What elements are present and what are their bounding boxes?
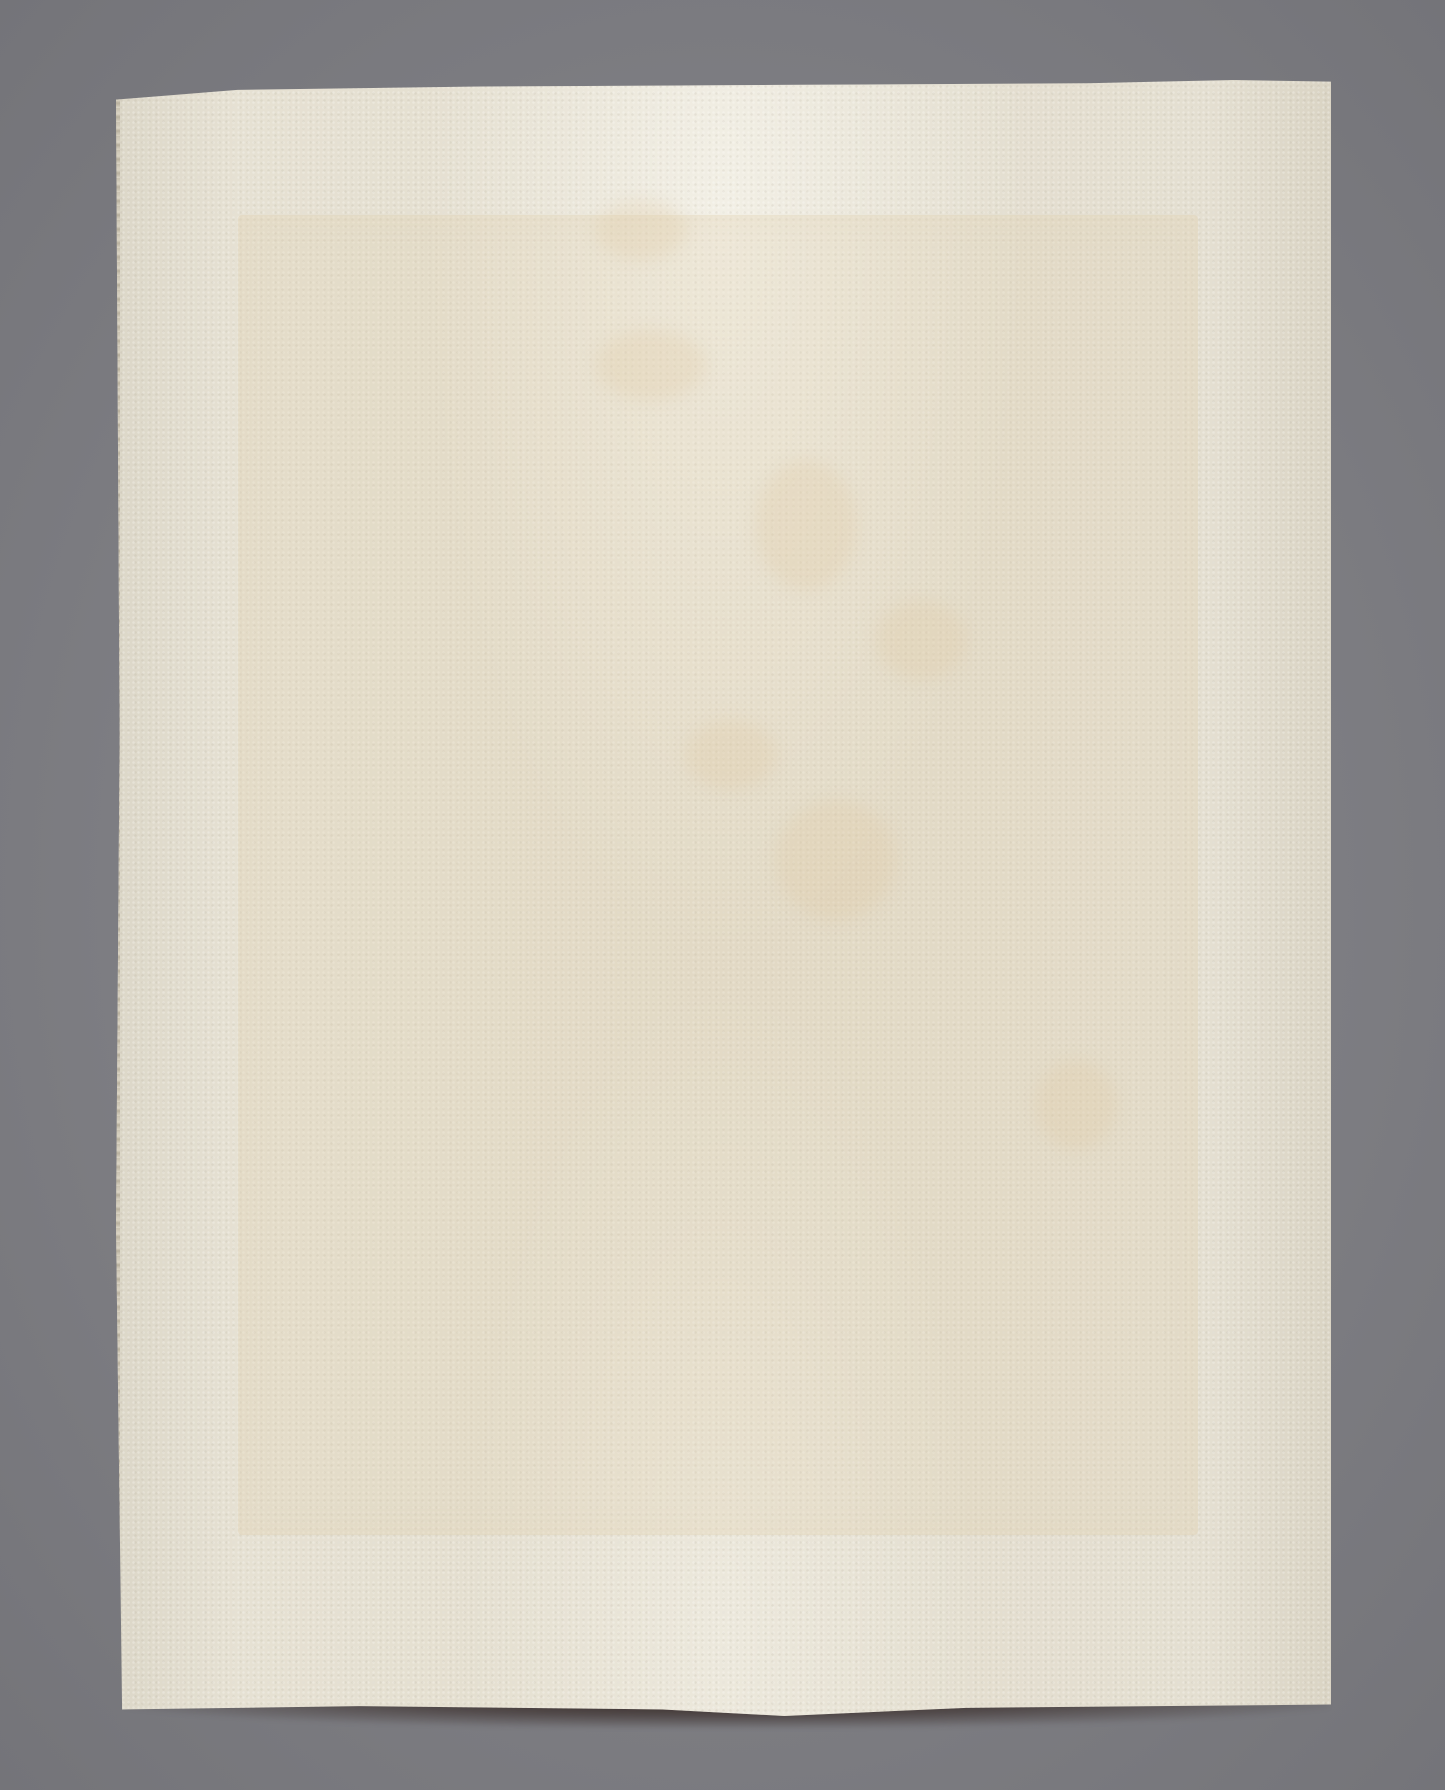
deckle-edge <box>116 80 120 1716</box>
photograph <box>0 0 1445 1790</box>
stain <box>596 330 706 400</box>
plate-mark <box>238 215 1198 1535</box>
stain <box>876 600 966 680</box>
stain <box>596 200 686 260</box>
stain <box>756 460 856 590</box>
stain <box>1036 1060 1116 1150</box>
paper-sheet <box>116 80 1331 1716</box>
stain <box>776 800 896 920</box>
stain <box>686 720 776 790</box>
